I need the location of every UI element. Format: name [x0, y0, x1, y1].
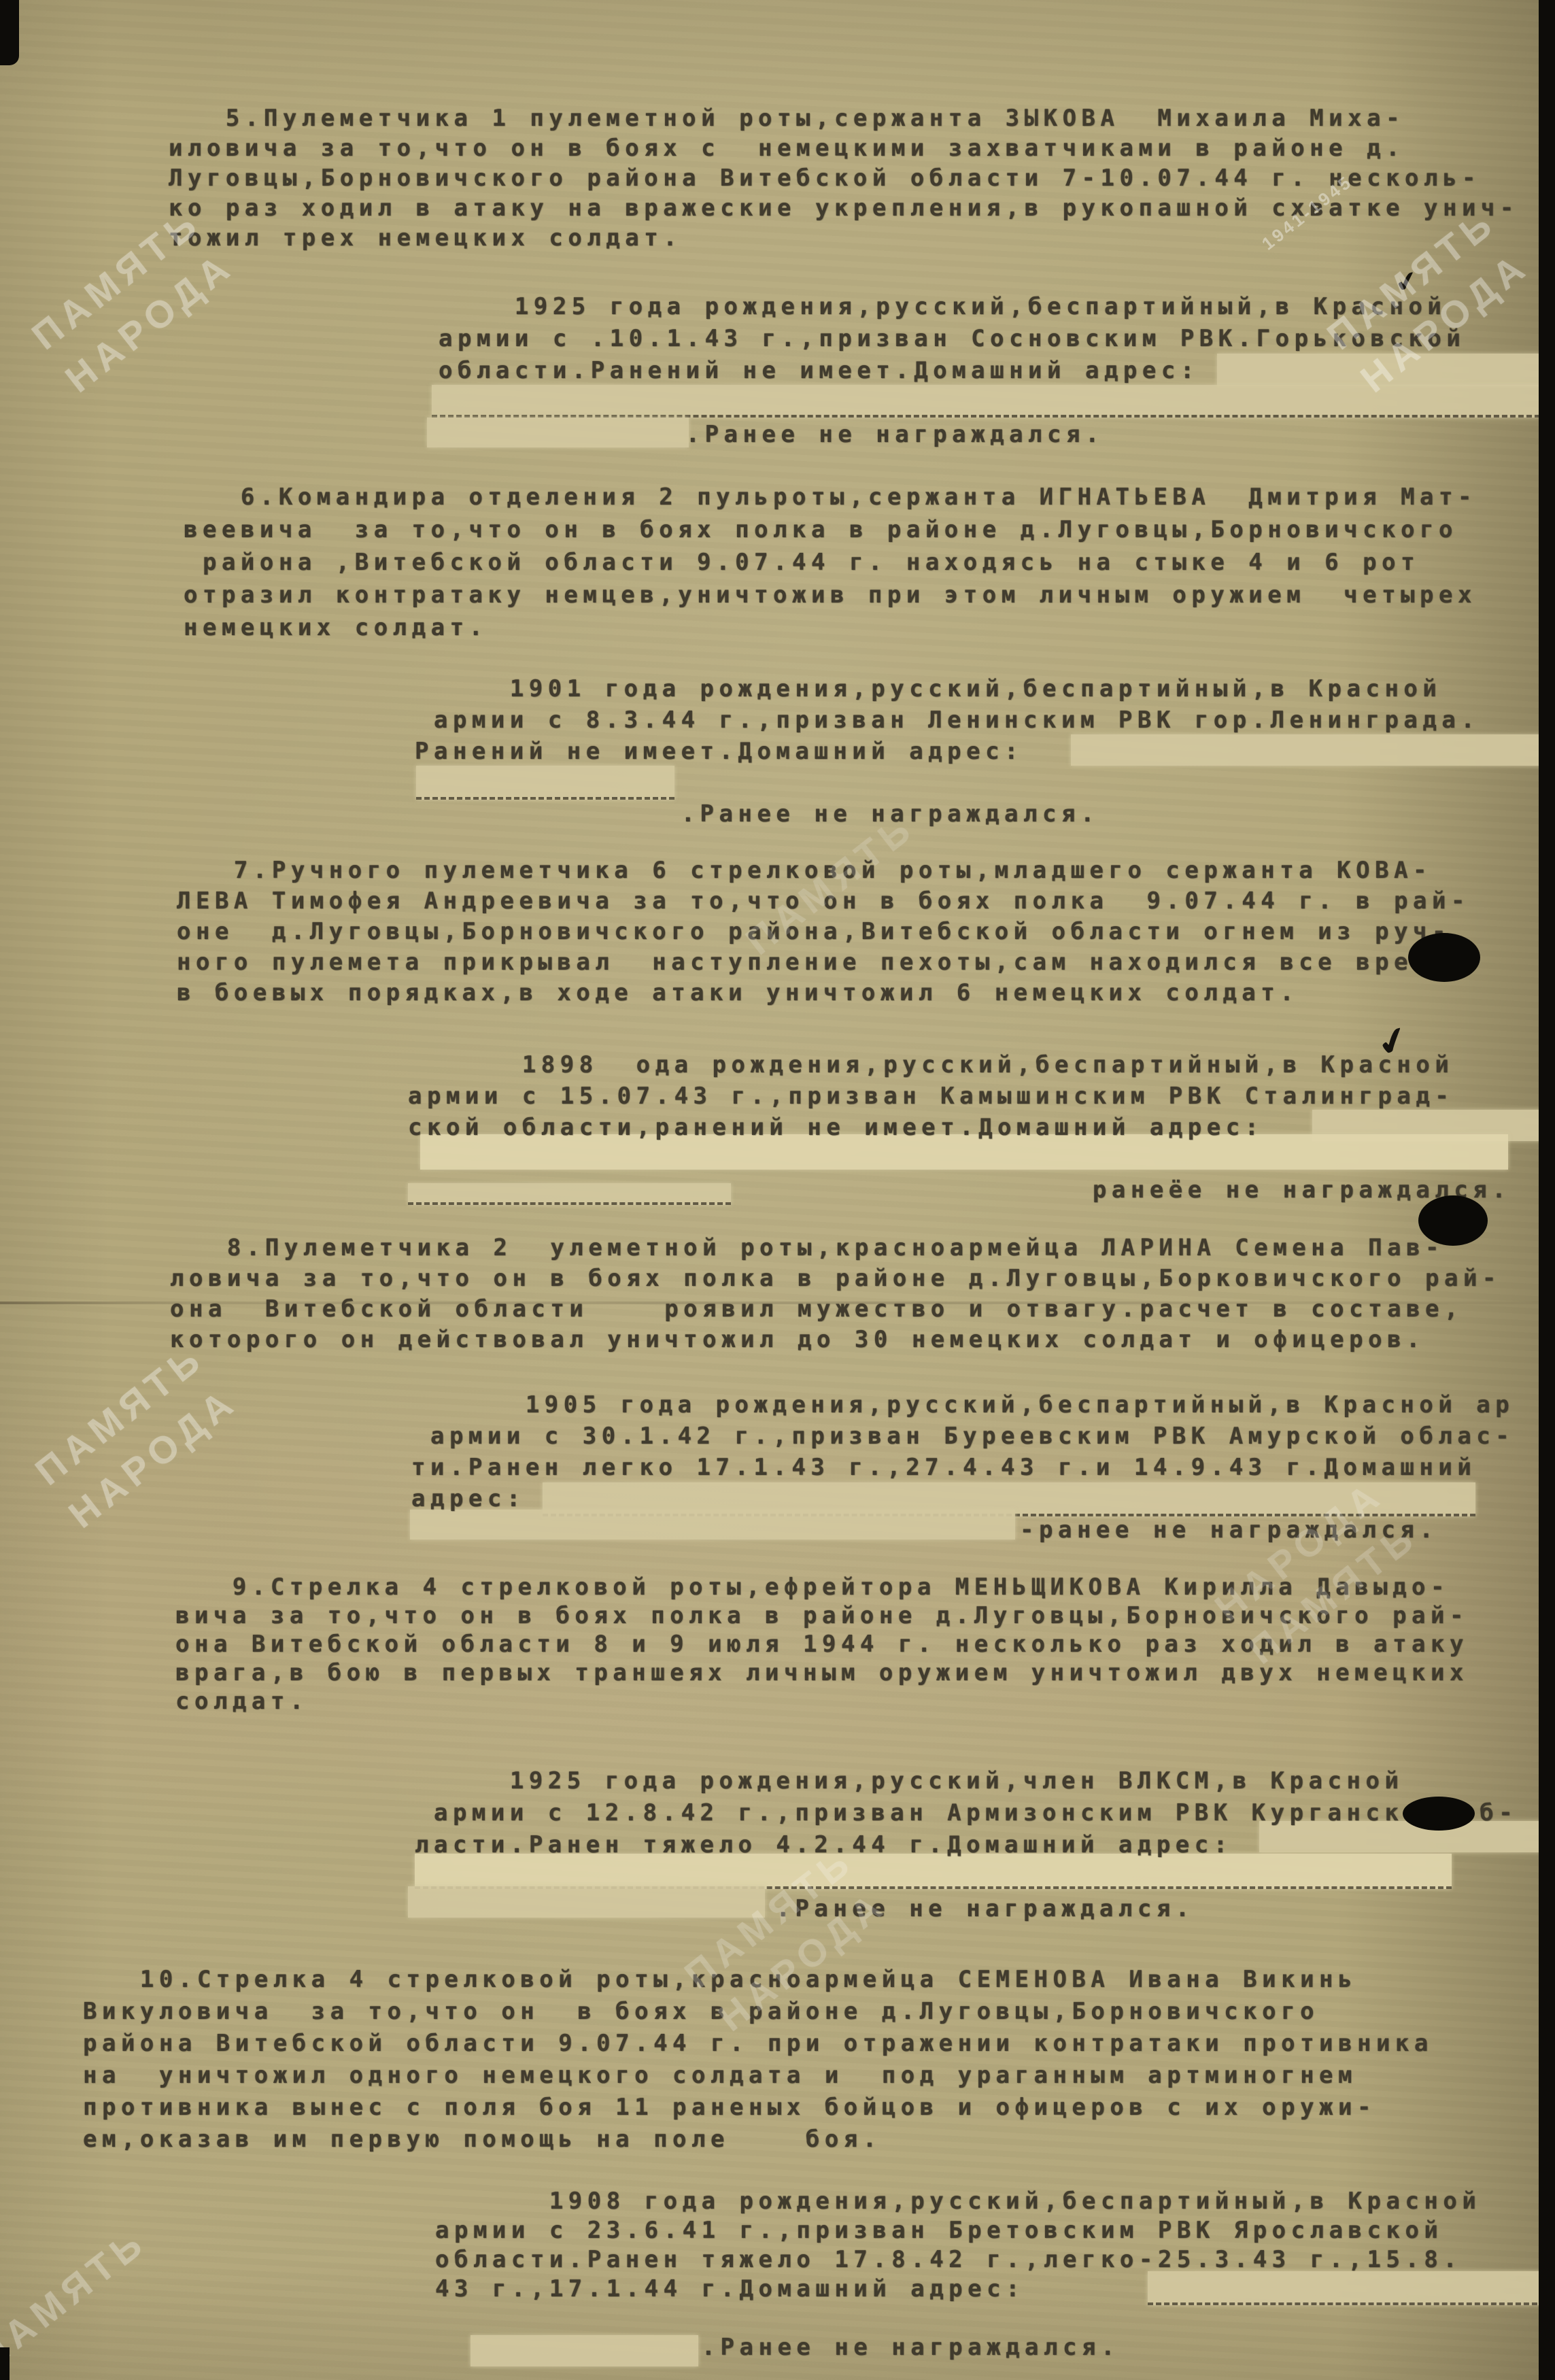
- watermark-line: ПАМЯТЬ: [0, 2215, 158, 2380]
- punch-hole: [1408, 933, 1480, 982]
- entry-7-service-record: 1898 ода рождения,русский,беспартийный,в…: [408, 1049, 1511, 1206]
- entry-7-citation: 7.Ручного пулеметчика 6 стрелковой роты,…: [177, 855, 1470, 1008]
- pamyat-naroda-watermark: ПАМЯТЬ НАРОДА: [24, 1331, 250, 1541]
- punch-hole: [1418, 1195, 1488, 1246]
- scanned-award-document-page: 5.Пулеметчика 1 пулеметной роты,сержанта…: [0, 0, 1555, 2380]
- scan-edge-top-left: [0, 0, 19, 65]
- entry-10-service-record: 1908 года рождения,русский,беспартийный,…: [435, 2187, 1481, 2362]
- scan-edge-right: [1539, 0, 1555, 2380]
- pamyat-naroda-watermark: ПАМЯТЬ: [0, 2215, 158, 2380]
- punch-hole: [1403, 1797, 1475, 1831]
- scan-edge-bottom-left: [0, 2347, 10, 2380]
- entry-5-citation: 5.Пулеметчика 1 пулеметной роты,сержанта…: [169, 103, 1519, 253]
- watermark-line: НАРОДА: [57, 1374, 250, 1541]
- entry-8-service-record: 1905 года рождения,русский,беспартийный,…: [411, 1389, 1514, 1546]
- entry-9-service-record: 1925 года рождения,русский,член ВЛКСМ,в …: [415, 1765, 1518, 1925]
- entry-6-service-record: 1901 года рождения,русский,беспартийный,…: [415, 673, 1480, 830]
- entry-5-service-record: 1925 года рождения,русский,беспартийный,…: [439, 291, 1465, 451]
- entry-8-citation: 8.Пулеметчика 2 улеметной роты,красноарм…: [170, 1233, 1501, 1355]
- entry-9-citation: 9.Стрелка 4 стрелковой роты,ефрейтора МЕ…: [175, 1573, 1469, 1716]
- watermark-line: НАРОДА: [54, 239, 246, 405]
- entry-10-citation: 10.Стрелка 4 стрелковой роты,красноармей…: [83, 1964, 1433, 2156]
- watermark-line: ПАМЯТЬ: [24, 1331, 216, 1498]
- entry-6-citation: 6.Командира отделения 2 пульроты,сержант…: [184, 481, 1477, 644]
